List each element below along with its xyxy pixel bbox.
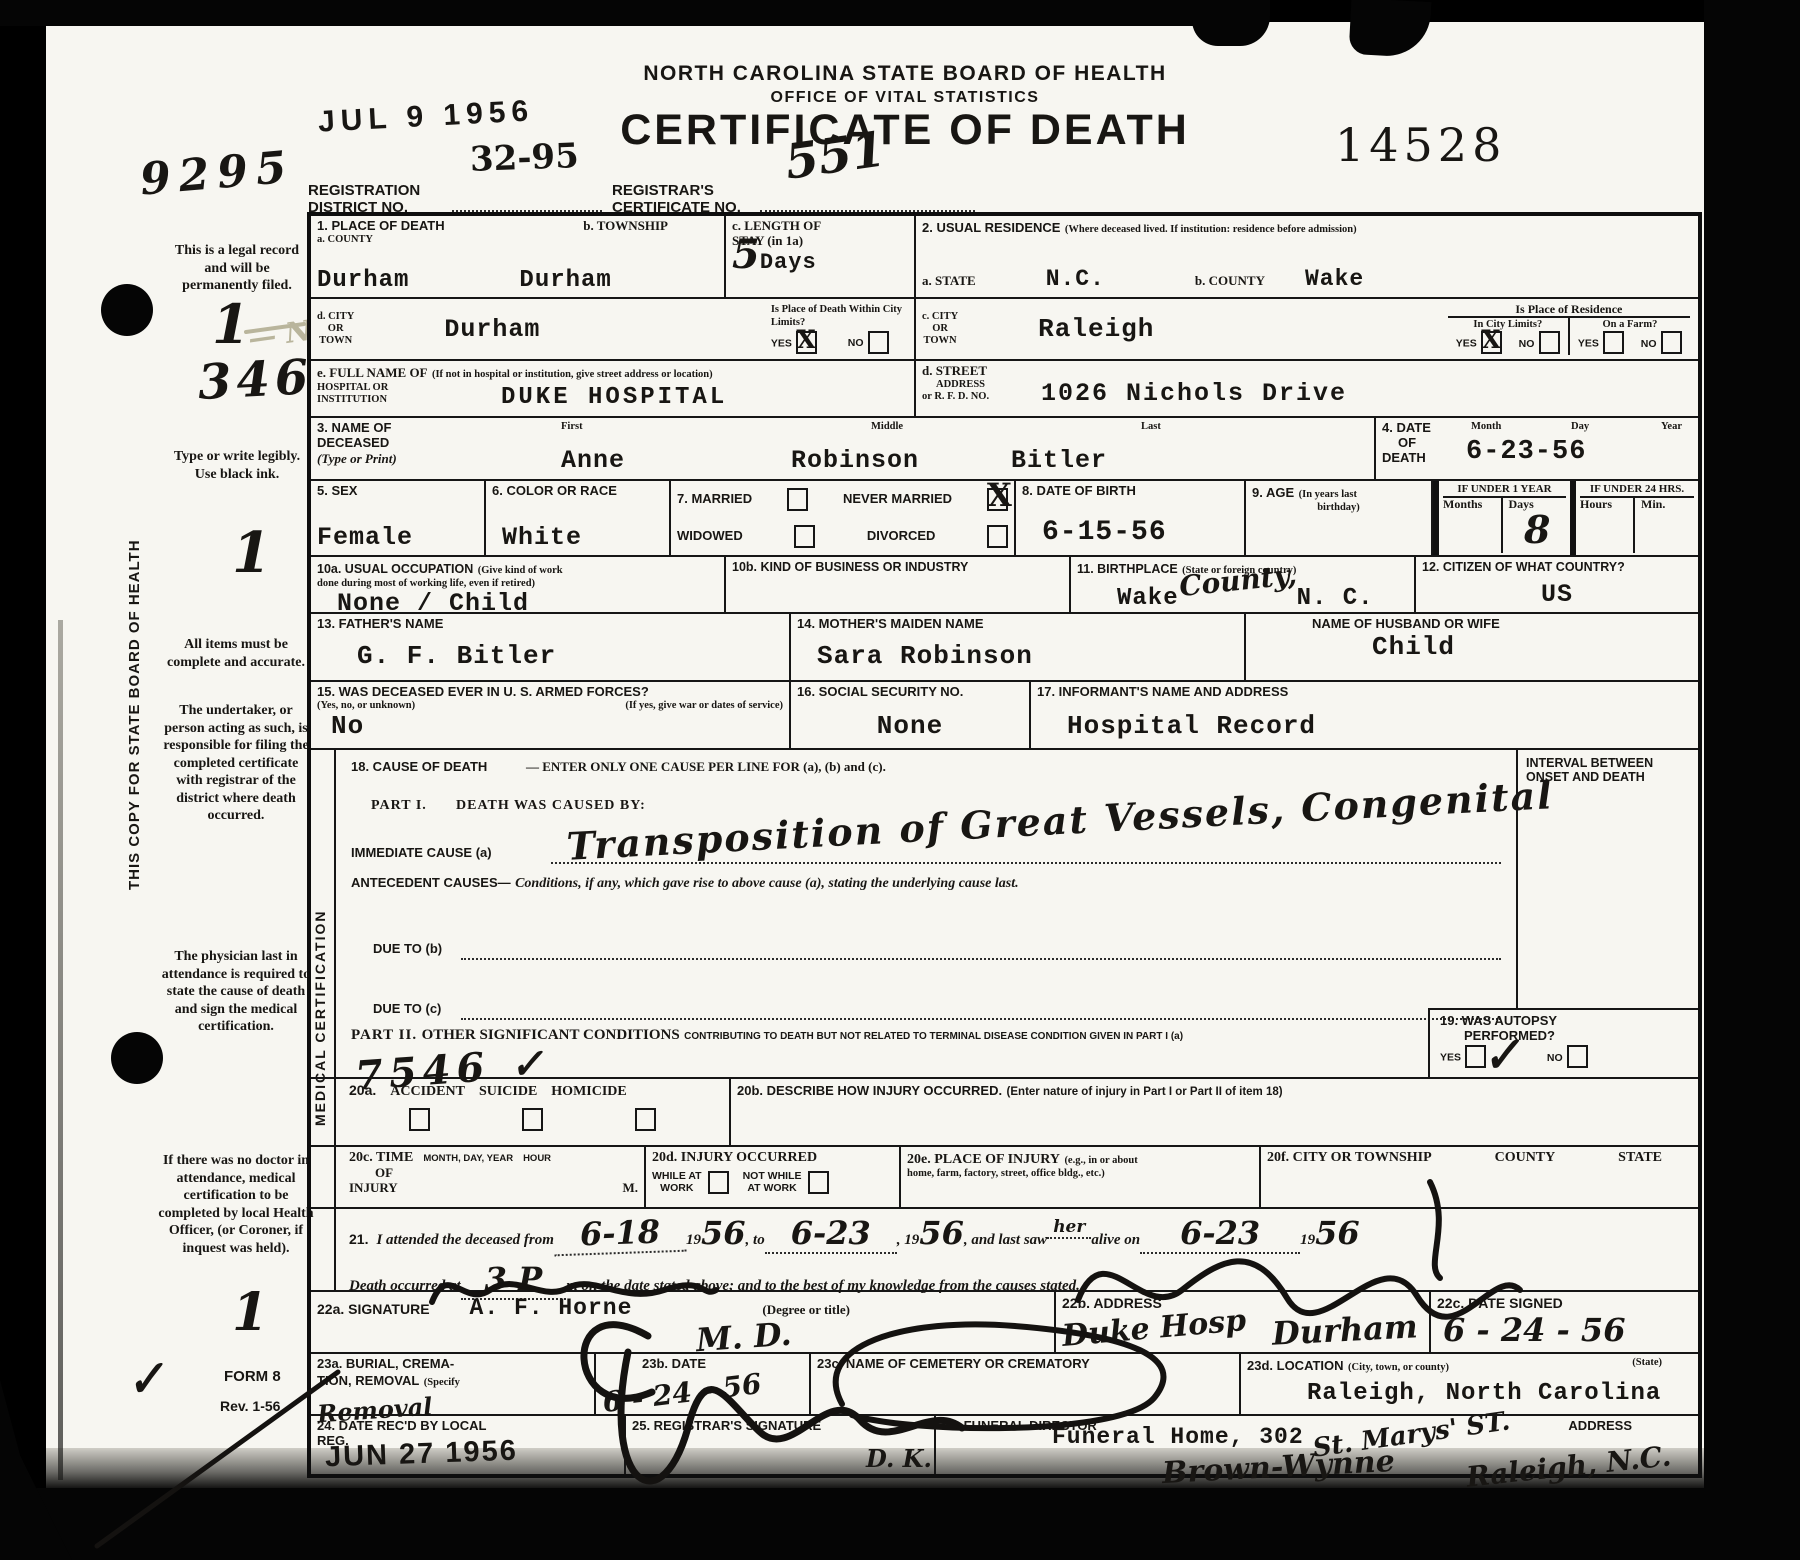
field-usual-residence: 2. USUAL RESIDENCE (Where deceased lived… <box>916 216 1698 297</box>
certificate-form: 1. PLACE OF DEATH b. TOWNSHIP a. COUNTY … <box>307 212 1702 1478</box>
org-title: NORTH CAROLINA STATE BOARD OF HEALTH <box>600 62 1210 86</box>
accident-number: 20a. <box>349 1082 376 1098</box>
row-name-dod: 3. NAME OF DECEASED (Type or Print) Firs… <box>311 418 1698 481</box>
field-date-of-birth: 8. DATE OF BIRTH 6-15-56 <box>1016 481 1246 555</box>
citizen-value: US <box>1422 580 1692 609</box>
field-hospital-name: e. FULL NAME OF (If not in hospital or i… <box>311 361 916 416</box>
age-label: 9. AGE <box>1252 485 1294 500</box>
accident-checkbox <box>409 1108 430 1131</box>
field-informant: 17. INFORMANT'S NAME AND ADDRESS Hospita… <box>1031 682 1698 748</box>
autopsy-yes-checkmark: ✓ <box>1479 1026 1523 1084</box>
father-value: G. F. Bitler <box>357 641 783 671</box>
death-limits-yes-checkbox: X <box>796 331 817 354</box>
armed-forces-label: 15. WAS DECEASED EVER IN U. S. ARMED FOR… <box>317 685 783 700</box>
scan-edge-bottom <box>0 1488 1800 1560</box>
field-birthplace: 11. BIRTHPLACE (State or foreign country… <box>1071 557 1416 612</box>
ssn-value: None <box>797 711 1023 741</box>
informant-value: Hospital Record <box>1067 711 1692 741</box>
due-to-c-line <box>461 1018 1501 1020</box>
row-signature: 22a. SIGNATURE A. F. Horne (Degree or ti… <box>311 1292 1698 1354</box>
field-attendance-statement: 21. I attended the deceased from 6-18 19… <box>311 1209 1698 1290</box>
county-label: a. COUNTY <box>317 234 718 246</box>
field-if-under-24-hrs: IF UNDER 24 HRS. Hours Min. <box>1576 481 1698 555</box>
row-parents: 13. FATHER'S NAME G. F. Bitler 14. MOTHE… <box>311 614 1698 682</box>
never-married-checkbox: X <box>987 488 1008 511</box>
death-limits-yes-x: X <box>796 325 815 354</box>
ssn-label: 16. SOCIAL SECURITY NO. <box>797 685 1023 700</box>
dod-label: 4. DATE <box>1382 421 1692 436</box>
margin-vertical-label: THIS COPY FOR STATE BOARD OF HEALTH <box>126 520 143 890</box>
married-checkbox <box>787 488 808 511</box>
field-accident-suicide-homicide: 20a. ACCIDENT SUICIDE HOMICIDE <box>311 1079 731 1145</box>
row-attendance: 21. I attended the deceased from 6-18 19… <box>311 1209 1698 1292</box>
field-injury-city: 20f. CITY OR TOWNSHIP COUNTY STATE <box>1261 1147 1698 1207</box>
death-limits-no-checkbox <box>868 331 889 354</box>
state-value: N.C. <box>1046 266 1105 292</box>
never-married-x: X <box>987 476 1012 514</box>
homicide-checkbox <box>635 1108 656 1131</box>
registrar-signature-label: 25. REGISTRAR'S SIGNATURE <box>632 1419 928 1434</box>
address-hw-2: Durham <box>1271 1307 1419 1353</box>
field-father-name: 13. FATHER'S NAME G. F. Bitler <box>311 614 791 680</box>
due-to-b-line <box>461 958 1501 960</box>
under-1-year-label: IF UNDER 1 YEAR <box>1443 483 1566 498</box>
attended-to-year: 56 <box>919 1214 964 1252</box>
residence-limits-no-checkbox <box>1539 331 1560 354</box>
armed-forces-value: No <box>331 711 783 741</box>
farm-yes-checkbox <box>1603 331 1624 354</box>
hospital-paren: (If not in hospital or institution, give… <box>432 369 713 380</box>
middle-header: Middle <box>871 421 903 433</box>
injury-occurred-label: 20d. INJURY OCCURRED <box>652 1150 893 1166</box>
margin-checkmark: ✓ <box>122 1350 168 1409</box>
row-place-residence: 1. PLACE OF DEATH b. TOWNSHIP a. COUNTY … <box>311 216 1698 299</box>
location-value: Raleigh, North Carolina <box>1307 1380 1692 1407</box>
field-funeral-director: 26. FUNERAL DIRECTOR ADDRESS Funeral Hom… <box>936 1416 1698 1474</box>
residence-limits-yes-x: X <box>1481 325 1500 354</box>
attended-to-date: 6-23 <box>765 1214 897 1254</box>
attended-from-date: 6-18 <box>553 1212 686 1257</box>
field-registrar-signature: 25. REGISTRAR'S SIGNATURE D. K. <box>626 1416 936 1474</box>
residence-county-value: Wake <box>1305 266 1364 292</box>
year-header: Year <box>1661 421 1682 433</box>
township-label: b. TOWNSHIP <box>583 219 668 234</box>
business-label: 10b. KIND OF BUSINESS OR INDUSTRY <box>732 560 1063 574</box>
immediate-cause-line <box>551 862 1501 864</box>
middle-name: Robinson <box>791 446 919 475</box>
scan-edge-right <box>1704 0 1800 1560</box>
father-label: 13. FATHER'S NAME <box>317 617 783 632</box>
field-date-received: 24. DATE REC'D BY LOCAL REG. JUN 27 1956 <box>311 1416 626 1474</box>
margin-note-legal: This is a legal record and will be perma… <box>166 242 308 295</box>
field-how-injury-occurred: 20b. DESCRIBE HOW INJURY OCCURRED. (Ente… <box>731 1079 1698 1145</box>
field-cemetery-name: 23c. NAME OF CEMETERY OR CREMATORY <box>811 1354 1241 1414</box>
margin-handwritten-1a: 1 <box>212 292 250 356</box>
mother-label: 14. MOTHER'S MAIDEN NAME <box>797 617 1238 632</box>
residence-question: Is Place of Residence <box>1448 303 1690 319</box>
first-name: Anne <box>561 446 625 475</box>
last-header: Last <box>1141 421 1161 433</box>
residence-county-label: b. COUNTY <box>1195 274 1265 289</box>
hours-label: Hours <box>1580 498 1635 553</box>
row-registrar: 24. DATE REC'D BY LOCAL REG. JUN 27 1956… <box>311 1416 1698 1474</box>
row-injury-details: 20c. TIME MONTH, DAY, YEAR HOUR OF INJUR… <box>311 1147 1698 1209</box>
injury-city-label: 20f. CITY OR TOWNSHIP <box>1267 1150 1432 1204</box>
meridiem-label: M. <box>622 1181 638 1196</box>
part2-instruction: CONTRIBUTING TO DEATH BUT NOT RELATED TO… <box>684 1031 1183 1042</box>
divorced-label: DIVORCED <box>867 529 936 544</box>
length-of-stay-typed: Days <box>760 250 817 275</box>
birthplace-label: 11. BIRTHPLACE <box>1077 562 1178 576</box>
date-signed-value: 6 - 24 - 56 <box>1443 1311 1692 1349</box>
field-deceased-name: 3. NAME OF DECEASED (Type or Print) Firs… <box>311 418 1376 479</box>
field-marital-status: 7. MARRIED NEVER MARRIED X WIDOWED DIVOR… <box>671 481 1016 555</box>
married-label: 7. MARRIED <box>677 492 752 507</box>
interval-column: INTERVAL BETWEEN ONSET AND DEATH <box>1516 750 1698 1008</box>
field-race: 6. COLOR OR RACE White <box>486 481 671 555</box>
row-armed-forces: 15. WAS DECEASED EVER IN U. S. ARMED FOR… <box>311 682 1698 750</box>
homicide-label: HOMICIDE <box>551 1084 626 1100</box>
burial-label-1: 23a. BURIAL, CREMA- <box>317 1357 588 1372</box>
spouse-value: Child <box>1372 632 1692 662</box>
last-seen-date: 6-23 <box>1140 1214 1300 1254</box>
attendance-number: 21. <box>349 1231 368 1247</box>
date-signed-label: 22c. DATE SIGNED <box>1437 1295 1692 1311</box>
field-residence-city: c. CITY OR TOWN Raleigh Is Place of Resi… <box>916 299 1698 359</box>
residence-city-label: c. CITY <box>922 311 958 323</box>
attended-from-year: 56 <box>701 1214 746 1252</box>
scanned-death-certificate: NORTH CAROLINA STATE BOARD OF HEALTH OFF… <box>0 0 1800 1560</box>
residence-city-value: Raleigh <box>1038 314 1154 344</box>
registrar-initials-hw: D. K. <box>866 1444 932 1473</box>
field-spouse-name: NAME OF HUSBAND OR WIFE Child <box>1246 614 1698 680</box>
days-value-hw: 8 <box>1524 507 1550 552</box>
part1-text: DEATH WAS CAUSED BY: <box>456 798 646 814</box>
street-value: 1026 Nichols Drive <box>1041 379 1347 408</box>
field-signature-address: 22b. ADDRESS Duke Hosp Durham <box>1056 1292 1431 1352</box>
serial-number: 14528 <box>1335 118 1506 172</box>
field-burial-location: 23d. LOCATION (City, town, or county) (S… <box>1241 1354 1698 1414</box>
farm-no-checkbox <box>1661 331 1682 354</box>
interval-label-1: INTERVAL BETWEEN <box>1526 756 1690 770</box>
row-accident: 20a. ACCIDENT SUICIDE HOMICIDE 20b. DESC… <box>311 1079 1698 1147</box>
field-autopsy: 19. WAS AUTOPSY PERFORMED? YES NO ✓ <box>1428 1008 1698 1079</box>
hospital-value: DUKE HOSPITAL <box>501 384 727 411</box>
due-to-c-label: DUE TO (c) <box>373 1002 441 1017</box>
row-burial: 23a. BURIAL, CREMA- TION, REMOVAL (Speci… <box>311 1354 1698 1416</box>
while-at-work-checkbox <box>708 1171 729 1194</box>
autopsy-label-1: 19. WAS AUTOPSY <box>1440 1014 1688 1029</box>
field-death-city: d. CITY OR TOWN Durham Is Place of Death… <box>311 299 916 359</box>
residence-limits-yes-checkbox: X <box>1481 331 1502 354</box>
document-title: CERTIFICATE OF DEATH <box>600 106 1210 155</box>
registration-district-value: 32-95 <box>469 136 579 180</box>
hospital-label: e. FULL NAME OF <box>317 365 428 380</box>
scan-blob-top <box>1192 0 1270 46</box>
death-limits-no-label: NO <box>848 337 864 349</box>
row-occupation: 10a. USUAL OCCUPATION (Give kind of work… <box>311 557 1698 614</box>
cause-of-death-instruction: — ENTER ONLY ONE CAUSE PER LINE FOR (a),… <box>526 760 886 775</box>
dob-value: 6-15-56 <box>1042 517 1238 548</box>
length-of-stay-hw: 5 <box>732 231 760 278</box>
cause-of-death-area: 18. CAUSE OF DEATH — ENTER ONLY ONE CAUS… <box>311 750 1698 1077</box>
first-header: First <box>561 421 583 433</box>
race-value: White <box>502 523 663 552</box>
death-city-label: d. CITY <box>317 311 354 323</box>
race-label: 6. COLOR OR RACE <box>492 484 663 499</box>
months-label: Months <box>1443 498 1503 553</box>
row-city-town: d. CITY OR TOWN Durham Is Place of Death… <box>311 299 1698 361</box>
field-sex: 5. SEX Female <box>311 481 486 555</box>
margin-note-type: Type or write legibly. Use black ink. <box>166 448 308 483</box>
immediate-cause-label: IMMEDIATE CAUSE (a) <box>351 846 492 861</box>
interval-label-2: ONSET AND DEATH <box>1526 770 1690 784</box>
citizen-label: 12. CITIZEN OF WHAT COUNTRY? <box>1422 560 1692 574</box>
margin-handwritten-1c: 1 <box>232 1282 268 1343</box>
field-place-of-death: 1. PLACE OF DEATH b. TOWNSHIP a. COUNTY … <box>311 216 726 297</box>
place-of-death-label: 1. PLACE OF DEATH <box>317 219 445 234</box>
margin-note-physician: The physician last in attendance is requ… <box>160 948 312 1036</box>
part2-title: OTHER SIGNIFICANT CONDITIONS <box>422 1027 680 1043</box>
death-city-value: Durham <box>444 315 540 344</box>
dob-label: 8. DATE OF BIRTH <box>1022 484 1238 499</box>
immediate-cause-value: Transposition of Great Vessels, Congenit… <box>565 772 1554 869</box>
signature-label: 22a. SIGNATURE <box>317 1301 430 1317</box>
date-received-stamp: JUN 27 1956 <box>324 1435 518 1475</box>
occupation-label: 10a. USUAL OCCUPATION <box>317 562 473 576</box>
field-armed-forces: 15. WAS DECEASED EVER IN U. S. ARMED FOR… <box>311 682 791 748</box>
usual-residence-paren: (Where deceased lived. If institution: r… <box>1065 224 1357 235</box>
last-name: Bitler <box>1011 446 1107 475</box>
street-label: d. STREET <box>922 364 1692 379</box>
scan-edge-top <box>0 0 1225 26</box>
informant-label: 17. INFORMANT'S NAME AND ADDRESS <box>1037 685 1692 700</box>
on-farm-label: On a Farm? <box>1578 319 1682 331</box>
death-limits-question: Is Place of Death Within City <box>771 304 902 315</box>
mother-value: Sara Robinson <box>817 641 1238 671</box>
field-burial-type: 23a. BURIAL, CREMA- TION, REMOVAL (Speci… <box>311 1354 596 1414</box>
antecedent-text: Conditions, if any, which gave rise to a… <box>515 876 1019 891</box>
margin-note-complete: All items must be complete and accurate. <box>162 636 310 671</box>
in-city-limits-label: In City Limits? <box>1456 319 1560 331</box>
injury-state-label: STATE <box>1618 1150 1662 1204</box>
spouse-label: NAME OF HUSBAND OR WIFE <box>1312 617 1692 632</box>
field-citizen: 12. CITIZEN OF WHAT COUNTRY? US <box>1416 557 1698 612</box>
form-revision: Rev. 1-56 <box>220 1398 280 1414</box>
margin-handwritten-1b: 1 <box>232 520 271 586</box>
field-date-signed: 22c. DATE SIGNED 6 - 24 - 56 <box>1431 1292 1698 1352</box>
margin-note-doctor: If there was no doctor in attendance, me… <box>157 1152 315 1257</box>
due-to-b-label: DUE TO (b) <box>373 942 442 957</box>
widowed-checkbox <box>794 525 815 548</box>
sex-value: Female <box>317 523 478 552</box>
her-handwritten: her <box>1047 1217 1091 1239</box>
signature-typed-name: A. F. Horne <box>470 1295 633 1321</box>
field-ssn: 16. SOCIAL SECURITY NO. None <box>791 682 1031 748</box>
location-label: 23d. LOCATION <box>1247 1358 1344 1373</box>
suicide-checkbox <box>522 1108 543 1131</box>
never-married-label: NEVER MARRIED <box>843 492 952 507</box>
form-number: FORM 8 <box>224 1368 281 1385</box>
cause-of-death-label: 18. CAUSE OF DEATH <box>351 760 487 775</box>
field-mother-name: 14. MOTHER'S MAIDEN NAME Sara Robinson <box>791 614 1246 680</box>
field-burial-date: 23b. DATE 6 - 24 - 56 <box>596 1354 811 1414</box>
under-24-hrs-label: IF UNDER 24 HRS. <box>1580 483 1694 498</box>
attended-from-text: I attended the deceased from <box>376 1232 553 1249</box>
field-age: 9. AGE (In years last birthday) <box>1246 481 1433 555</box>
address-hw-1: Duke Hosp <box>1061 1303 1248 1357</box>
injury-county-label: COUNTY <box>1495 1150 1556 1204</box>
divorced-checkbox <box>987 525 1008 548</box>
sex-label: 5. SEX <box>317 484 478 499</box>
dod-value: 6-23-56 <box>1466 437 1586 467</box>
hole-punch-bottom <box>111 1032 163 1084</box>
month-header: Month <box>1471 421 1501 433</box>
suicide-label: SUICIDE <box>479 1084 537 1100</box>
min-label: Min. <box>1635 498 1694 553</box>
field-place-of-injury: 20e. PLACE OF INJURY (e.g., in or about … <box>901 1147 1261 1207</box>
hole-punch-top <box>101 284 153 336</box>
field-injury-occurred: 20d. INJURY OCCURRED WHILE ATWORK NOT WH… <box>646 1147 901 1207</box>
autopsy-yes-label: YES <box>1440 1052 1461 1064</box>
part2-label: PART II. <box>351 1027 417 1043</box>
field-occupation: 10a. USUAL OCCUPATION (Give kind of work… <box>311 557 726 612</box>
field-physician-signature: 22a. SIGNATURE A. F. Horne (Degree or ti… <box>311 1292 1056 1352</box>
name-label-1: 3. NAME OF <box>317 421 1368 436</box>
last-seen-year: 56 <box>1315 1214 1360 1252</box>
field-if-under-1-year: IF UNDER 1 YEAR Months Days 8 <box>1433 481 1576 555</box>
state-label: a. STATE <box>922 274 976 289</box>
birthplace-typed-2: N. C. <box>1297 585 1374 612</box>
usual-residence-label: 2. USUAL RESIDENCE <box>922 220 1060 235</box>
field-street-address: d. STREET ADDRESS or R. F. D. NO. 1026 N… <box>916 361 1698 416</box>
degree-value-hw: M. D. <box>695 1315 793 1360</box>
county-value: Durham <box>317 267 409 294</box>
funeral-home-typed: Funeral Home, 302 <box>1052 1424 1304 1450</box>
antecedent-label: ANTECEDENT CAUSES— <box>351 875 511 890</box>
injury-describe-label: 20b. DESCRIBE HOW INJURY OCCURRED. <box>737 1083 1002 1098</box>
date-received-label: 24. DATE REC'D BY LOCAL <box>317 1419 618 1434</box>
not-while-at-work-checkbox <box>808 1171 829 1194</box>
place-of-injury-label: 20e. PLACE OF INJURY <box>907 1152 1060 1167</box>
scan-left-streak <box>58 620 63 1480</box>
autopsy-no-checkbox <box>1567 1045 1588 1068</box>
death-limits-yes-label: YES <box>771 337 792 349</box>
section-cause-of-death: 18. CAUSE OF DEATH — ENTER ONLY ONE CAUS… <box>311 750 1698 1079</box>
township-value: Durham <box>519 267 611 294</box>
office-subtitle: OFFICE OF VITAL STATISTICS <box>600 89 1210 107</box>
margin-note-undertaker: The undertaker, or person acting as such… <box>160 702 312 825</box>
time-of-injury-label: 20c. TIME <box>349 1150 413 1166</box>
widowed-label: WIDOWED <box>677 529 743 544</box>
field-date-of-death: 4. DATE OF DEATH Month Day Year 6-23-56 <box>1376 418 1698 479</box>
field-business-industry: 10b. KIND OF BUSINESS OR INDUSTRY <box>726 557 1071 612</box>
funeral-director-name-hw: Brown-Wynne <box>1161 1444 1395 1491</box>
field-length-of-stay: c. LENGTH OF STAY (in 1a) 5 Days <box>726 216 916 297</box>
day-header: Day <box>1571 421 1589 433</box>
field-time-of-injury: 20c. TIME MONTH, DAY, YEAR HOUR OF INJUR… <box>311 1147 646 1207</box>
part1-label: PART I. <box>371 798 427 814</box>
margin-handwritten-346: 346 <box>197 349 315 411</box>
row-sex-race-marital: 5. SEX Female 6. COLOR OR RACE White 7. … <box>311 481 1698 557</box>
accident-label: ACCIDENT <box>390 1084 465 1100</box>
birthplace-typed-1: Wake <box>1117 585 1179 612</box>
row-hospital-street: e. FULL NAME OF (If not in hospital or i… <box>311 361 1698 418</box>
cemetery-label: 23c. NAME OF CEMETERY OR CREMATORY <box>817 1357 1233 1372</box>
autopsy-no-label: NO <box>1547 1052 1563 1064</box>
